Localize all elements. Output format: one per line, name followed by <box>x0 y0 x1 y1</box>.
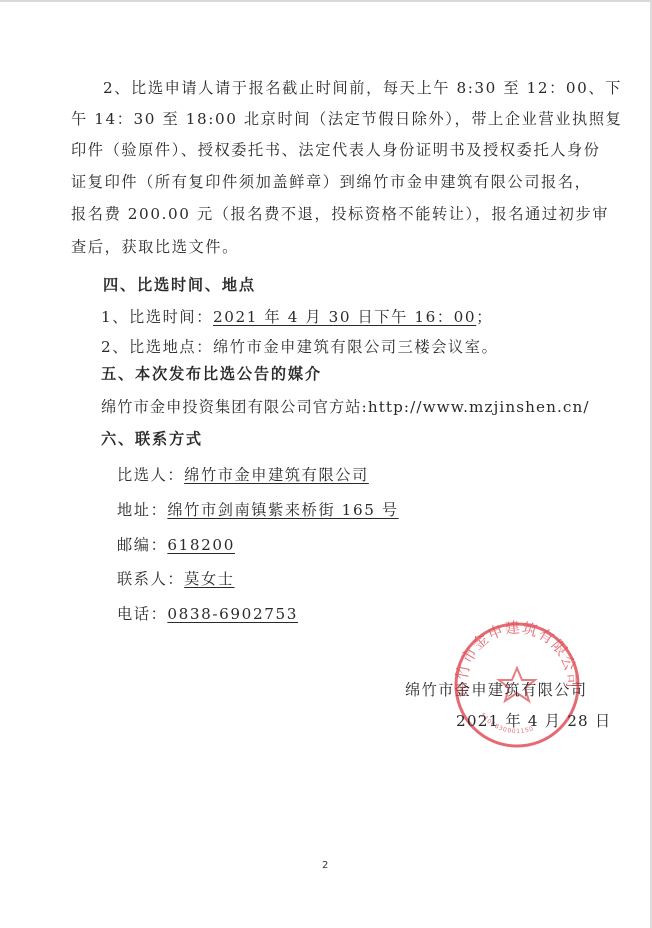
paragraph-2-line-2: 午 14：30 至 18:00 北京时间（法定节假日除外），带上企业营业执照复 <box>71 109 622 129</box>
bid-time-row: 1、比选时间：2021 年 4 月 30 日下午 16：00； <box>101 307 493 327</box>
bid-place-value: 绵竹市金申建筑有限公司三楼会议室。 <box>213 338 498 356</box>
contact-postcode-row: 邮编：618200 <box>117 535 235 555</box>
contact-person-value: 莫女士 <box>184 570 234 588</box>
page-border-top <box>0 0 652 2</box>
contact-bidder-row: 比选人：绵竹市金申建筑有限公司 <box>117 465 369 485</box>
contact-address-value: 绵竹市剑南镇紫来桥街 165 号 <box>167 501 398 519</box>
paragraph-2-line-1: 2、比选申请人请于报名截止时间前，每天上午 8:30 至 12：00、下 <box>103 78 622 98</box>
contact-phone-value: 0838-6902753 <box>167 605 298 623</box>
contact-address-row: 地址：绵竹市剑南镇紫来桥街 165 号 <box>117 500 399 520</box>
paragraph-2-line-3: 印件（验原件）、授权委托书、法定代表人身份证明书及授权委托人身份 <box>71 140 601 160</box>
contact-phone-row: 电话：0838-6902753 <box>117 604 298 624</box>
media-website-text: 绵竹市金申投资集团有限公司官方站:http://www.mzjinshen.cn… <box>101 397 590 417</box>
paragraph-2-line-4: 证复印件（所有复印件须加盖鲜章）到绵竹市金申建筑有限公司报名， <box>71 172 591 192</box>
bid-place-label: 2、比选地点： <box>101 338 213 356</box>
contact-postcode-label: 邮编： <box>117 536 167 554</box>
section-6-heading: 六、联系方式 <box>101 429 203 449</box>
bid-time-suffix: ； <box>476 308 493 326</box>
contact-person-row: 联系人：莫女士 <box>117 569 235 589</box>
bid-time-value: 2021 年 4 月 30 日下午 16：00 <box>213 308 476 326</box>
page-number: 2 <box>322 860 328 871</box>
paragraph-2-line-5: 报名费 200.00 元（报名费不退，投标资格不能转让），报名通过初步审 <box>71 204 609 224</box>
signature-company: 绵竹市金申建筑有限公司 <box>405 680 587 700</box>
contact-person-label: 联系人： <box>117 570 184 588</box>
contact-postcode-value: 618200 <box>167 536 235 554</box>
paragraph-2-line-6: 查后，获取比选文件。 <box>71 237 239 257</box>
contact-phone-label: 电话： <box>117 605 167 623</box>
bid-place-row: 2、比选地点：绵竹市金申建筑有限公司三楼会议室。 <box>101 337 498 357</box>
contact-bidder-label: 比选人： <box>117 466 184 484</box>
bid-time-label: 1、比选时间： <box>101 308 213 326</box>
section-5-heading: 五、本次发布比选公告的媒介 <box>101 364 322 384</box>
section-4-heading: 四、比选时间、地点 <box>103 275 256 295</box>
contact-bidder-value: 绵竹市金申建筑有限公司 <box>184 466 369 484</box>
signature-date: 2021 年 4 月 28 日 <box>456 711 611 731</box>
contact-address-label: 地址： <box>117 501 167 519</box>
